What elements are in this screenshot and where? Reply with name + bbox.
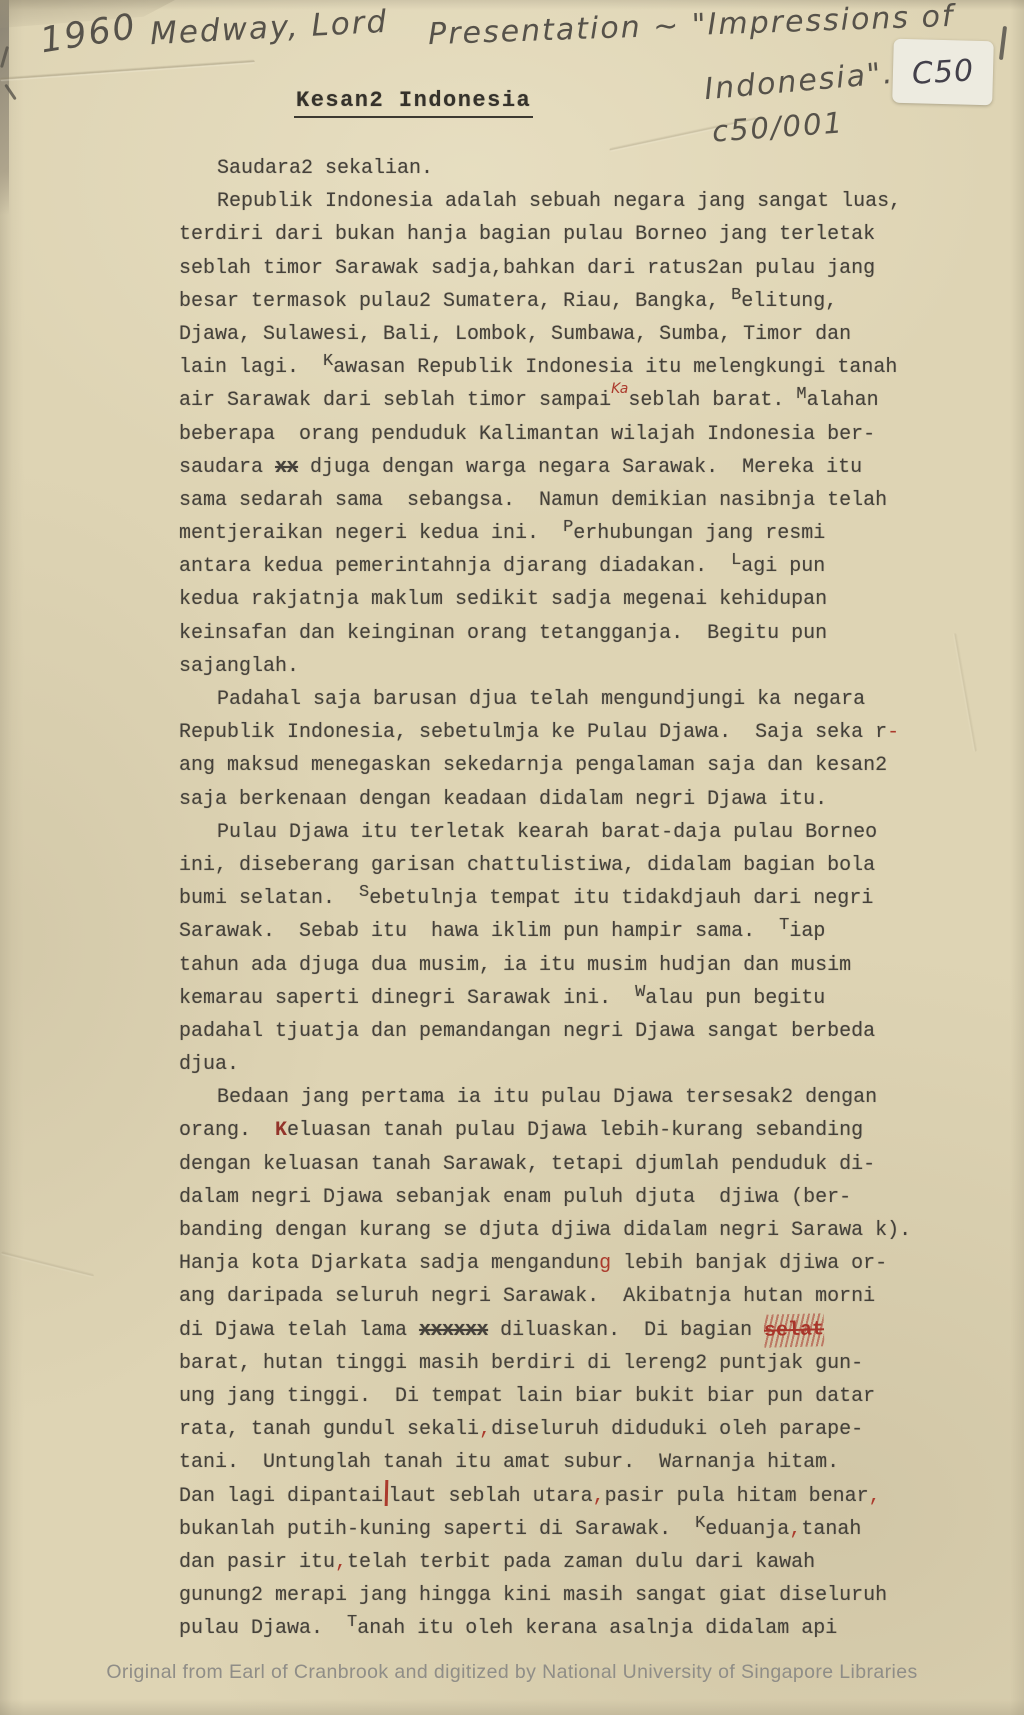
typed-text: pulau Djawa.	[179, 1617, 347, 1640]
red-scribble-strikeout: selat	[764, 1313, 825, 1348]
typed-text: rata, tanah gundul sekali	[179, 1418, 479, 1441]
red-overwritten-letter: K	[275, 1119, 287, 1142]
typed-text: djua.	[179, 1053, 239, 1076]
raised-capital: W	[635, 983, 645, 1002]
typed-line: bumi selatan. Sebetulnja tempat itu tida…	[179, 882, 969, 915]
typed-line: saudara xx djuga dengan warga negara Sar…	[179, 451, 969, 484]
typed-line: dalam negri Djawa sebanjak enam puluh dj…	[179, 1181, 969, 1214]
typed-line: rata, tanah gundul sekali,diseluruh didu…	[179, 1413, 969, 1446]
raised-capital: K	[323, 352, 333, 371]
typed-text: anah itu oleh kerana asalnja didalam api	[357, 1617, 837, 1640]
typed-line: pulau Djawa. Tanah itu oleh kerana asaln…	[179, 1612, 969, 1645]
typed-line: gunung2 merapi jang hingga kini masih sa…	[179, 1579, 969, 1612]
typed-text: alahan	[807, 389, 879, 412]
typed-text: terdiri dari bukan hanja bagian pulau Bo…	[179, 223, 875, 246]
typed-text: keinsafan dan keinginan orang tetangganj…	[179, 622, 827, 645]
typed-line: beberapa orang penduduk Kalimantan wilaj…	[179, 418, 969, 451]
typed-line: ang daripada seluruh negri Sarawak. Akib…	[179, 1280, 969, 1313]
typed-text: erhubungan jang resmi	[573, 522, 825, 545]
typed-text: Sarawak. Sebab itu hawa iklim pun hampir…	[179, 920, 779, 943]
typed-line: padahal tjuatja dan pemandangan negri Dj…	[179, 1015, 969, 1048]
typed-line: Bedaan jang pertama ia itu pulau Djawa t…	[179, 1081, 969, 1114]
typed-text: padahal tjuatja dan pemandangan negri Dj…	[179, 1020, 875, 1043]
typed-text: eluasan tanah pulau Djawa lebih-kurang s…	[287, 1119, 863, 1142]
typed-line: Djawa, Sulawesi, Bali, Lombok, Sumbawa, …	[179, 318, 969, 351]
typed-text: diluaskan. Di bagian	[488, 1319, 764, 1342]
typed-line: sama sedarah sama sebangsa. Namun demiki…	[179, 484, 969, 517]
typed-line: ini, diseberang garisan chattulistiwa, d…	[179, 849, 969, 882]
sticker-label: C50	[911, 53, 975, 92]
typed-line: mentjeraikan negeri kedua ini. Perhubung…	[179, 517, 969, 550]
scan-edge-shadow	[0, 0, 9, 215]
typed-text: kedua rakjatnja maklum sedikit sadja meg…	[179, 588, 827, 611]
typed-text: orang.	[179, 1119, 275, 1142]
typed-line: di Djawa telah lama xxxxxx diluaskan. Di…	[179, 1314, 969, 1347]
typed-line: terdiri dari bukan hanja bagian pulau Bo…	[179, 218, 969, 251]
red-ink-correction: ,	[335, 1551, 347, 1574]
typed-line: djua.	[179, 1048, 969, 1081]
typed-lines: Saudara2 sekalian.Republik Indonesia ada…	[179, 152, 969, 1645]
typed-text: awasan Republik Indonesia itu melengkung…	[333, 356, 897, 379]
typed-text: mentjeraikan negeri kedua ini.	[179, 522, 563, 545]
raised-capital: B	[731, 286, 741, 305]
watermark: Original from Earl of Cranbrook and digi…	[0, 1661, 1024, 1684]
raised-capital: T	[347, 1613, 357, 1632]
typed-line: saja berkenaan dengan keadaan didalam ne…	[179, 783, 969, 816]
typed-text: tahun ada djuga dua musim, ia itu musim …	[179, 954, 851, 977]
typed-text: ang daripada seluruh negri Sarawak. Akib…	[179, 1285, 875, 1308]
typed-line: orang. Keluasan tanah pulau Djawa lebih-…	[179, 1114, 969, 1147]
typed-text: tanah	[801, 1518, 861, 1541]
typed-line: dan pasir itu,telah terbit pada zaman du…	[179, 1546, 969, 1579]
typed-text: ang maksud menegaskan sekedarnja pengala…	[179, 754, 887, 777]
typed-text: di Djawa telah lama	[179, 1319, 419, 1342]
typed-text: agi pun	[741, 555, 825, 578]
typed-text: diseluruh diduduki oleh parape-	[491, 1418, 863, 1441]
red-ink-correction: ,	[593, 1485, 605, 1508]
typed-line: kemarau saperti dinegri Sarawak ini. Wal…	[179, 982, 969, 1015]
typed-text: dengan keluasan tanah Sarawak, tetapi dj…	[179, 1153, 875, 1176]
typed-text: besar termasok pulau2 Sumatera, Riau, Ba…	[179, 290, 731, 313]
typed-text: gunung2 merapi jang hingga kini masih sa…	[179, 1584, 887, 1607]
typed-line: Saudara2 sekalian.	[179, 152, 969, 185]
raised-capital: T	[779, 916, 789, 935]
red-ink-correction: ,	[869, 1485, 881, 1508]
typed-text: iap	[789, 920, 825, 943]
typed-text: ini, diseberang garisan chattulistiwa, d…	[179, 854, 875, 877]
typed-text: bukanlah putih-kuning saperti di Sarawak…	[179, 1518, 695, 1541]
typed-text: sama sedarah sama sebangsa. Namun demiki…	[179, 489, 887, 512]
typed-text: telah terbit pada zaman dulu dari kawah	[347, 1551, 815, 1574]
typed-line: kedua rakjatnja maklum sedikit sadja meg…	[179, 583, 969, 616]
typed-line: seblah timor Sarawak sadja,bahkan dari r…	[179, 252, 969, 285]
typed-line: Republik Indonesia adalah sebuah negara …	[179, 185, 969, 218]
typed-line: dengan keluasan tanah Sarawak, tetapi dj…	[179, 1148, 969, 1181]
typed-text: alau pun begitu	[645, 987, 825, 1010]
raised-capital: K	[695, 1514, 705, 1533]
typed-line: Hanja kota Djarkata sadja mengandung leb…	[179, 1247, 969, 1280]
raised-capital: L	[731, 551, 741, 570]
typed-text: air Sarawak dari seblah timor sampai	[179, 389, 611, 412]
typed-line: banding dengan kurang se djuta djiwa did…	[179, 1214, 969, 1247]
red-superscript-insertion: Ka	[611, 381, 628, 397]
typed-text: Dan lagi dipantai	[179, 1485, 383, 1508]
typed-text: Republik Indonesia adalah sebuah negara …	[217, 190, 901, 213]
typed-text: beberapa orang penduduk Kalimantan wilaj…	[179, 423, 875, 446]
typed-text: pasir pula hitam benar	[605, 1485, 869, 1508]
typed-text: barat, hutan tinggi masih berdiri di ler…	[179, 1352, 863, 1375]
typed-text: lebih banjak djiwa or-	[611, 1252, 887, 1275]
typed-text: antara kedua pemerintahnja djarang diada…	[179, 555, 731, 578]
typed-text: sajanglah.	[179, 655, 299, 678]
typed-line: sajanglah.	[179, 650, 969, 683]
typed-text: saja berkenaan dengan keadaan didalam ne…	[179, 788, 827, 811]
typed-text: kemarau saperti dinegri Sarawak ini.	[179, 987, 635, 1010]
typed-text: ung jang tinggi. Di tempat lain biar buk…	[179, 1385, 875, 1408]
typed-text: Pulau Djawa itu terletak kearah barat-da…	[217, 821, 877, 844]
typed-text: Saudara2 sekalian.	[217, 157, 433, 180]
typed-line: lain lagi. Kawasan Republik Indonesia it…	[179, 351, 969, 384]
typed-line: besar termasok pulau2 Sumatera, Riau, Ba…	[179, 285, 969, 318]
typed-text: seblah barat.	[628, 389, 796, 412]
archive-sticker: C50	[892, 39, 994, 106]
typed-line: Dan lagi dipantailaut seblah utara,pasir…	[179, 1480, 969, 1513]
typed-text: bumi selatan.	[179, 887, 359, 910]
typed-text: Bedaan jang pertama ia itu pulau Djawa t…	[217, 1086, 877, 1109]
typed-text: seblah timor Sarawak sadja,bahkan dari r…	[179, 257, 875, 280]
typed-line: air Sarawak dari seblah timor sampaiKase…	[179, 384, 969, 417]
typed-text: dalam negri Djawa sebanjak enam puluh dj…	[179, 1186, 851, 1209]
typed-text: dan pasir itu	[179, 1551, 335, 1574]
typed-text: ebetulnja tempat itu tidakdjauh dari neg…	[369, 887, 873, 910]
typed-line: antara kedua pemerintahnja djarang diada…	[179, 550, 969, 583]
raised-capital: M	[796, 385, 806, 404]
typed-line: Sarawak. Sebab itu hawa iklim pun hampir…	[179, 915, 969, 948]
typed-line: Pulau Djawa itu terletak kearah barat-da…	[179, 816, 969, 849]
typed-line: ang maksud menegaskan sekedarnja pengala…	[179, 749, 969, 782]
document-title: Kesan2 Indonesia	[294, 88, 533, 118]
typed-line: bukanlah putih-kuning saperti di Sarawak…	[179, 1513, 969, 1546]
typed-text: lain lagi.	[179, 356, 323, 379]
typed-line: tani. Untunglah tanah itu amat subur. Wa…	[179, 1446, 969, 1479]
typed-strikeout: xx	[275, 456, 298, 479]
typed-strikeout: xxxxxx	[419, 1319, 488, 1342]
red-ink-correction: -	[887, 721, 899, 744]
typed-text: Padahal saja barusan djua telah mengundj…	[217, 688, 865, 711]
typed-text: banding dengan kurang se djuta djiwa did…	[179, 1219, 911, 1242]
red-ink-correction: ,	[789, 1518, 801, 1541]
typed-line: tahun ada djuga dua musim, ia itu musim …	[179, 949, 969, 982]
typed-text: saudara	[179, 456, 275, 479]
typed-line: barat, hutan tinggi masih berdiri di ler…	[179, 1347, 969, 1380]
red-ink-correction: ,	[479, 1418, 491, 1441]
typed-text: tani. Untunglah tanah itu amat subur. Wa…	[179, 1451, 839, 1474]
typed-text: elitung,	[741, 290, 837, 313]
raised-capital: S	[359, 883, 369, 902]
red-insert-line	[384, 1479, 387, 1505]
raised-capital: P	[563, 518, 573, 537]
typed-text: Hanja kota Djarkata sadja mengandun	[179, 1252, 599, 1275]
typed-text: laut seblah utara	[389, 1485, 593, 1508]
red-ink-correction: g	[599, 1252, 611, 1275]
typed-text: Djawa, Sulawesi, Bali, Lombok, Sumbawa, …	[179, 323, 851, 346]
typed-text: Republik Indonesia, sebetulmja ke Pulau …	[179, 721, 887, 744]
typed-text: djuga dengan warga negara Sarawak. Merek…	[298, 456, 862, 479]
typed-text: eduanja	[705, 1518, 789, 1541]
typed-line: Republik Indonesia, sebetulmja ke Pulau …	[179, 716, 969, 749]
typed-line: Padahal saja barusan djua telah mengundj…	[179, 683, 969, 716]
typed-line: ung jang tinggi. Di tempat lain biar buk…	[179, 1380, 969, 1413]
typed-line: keinsafan dan keinginan orang tetangganj…	[179, 617, 969, 650]
